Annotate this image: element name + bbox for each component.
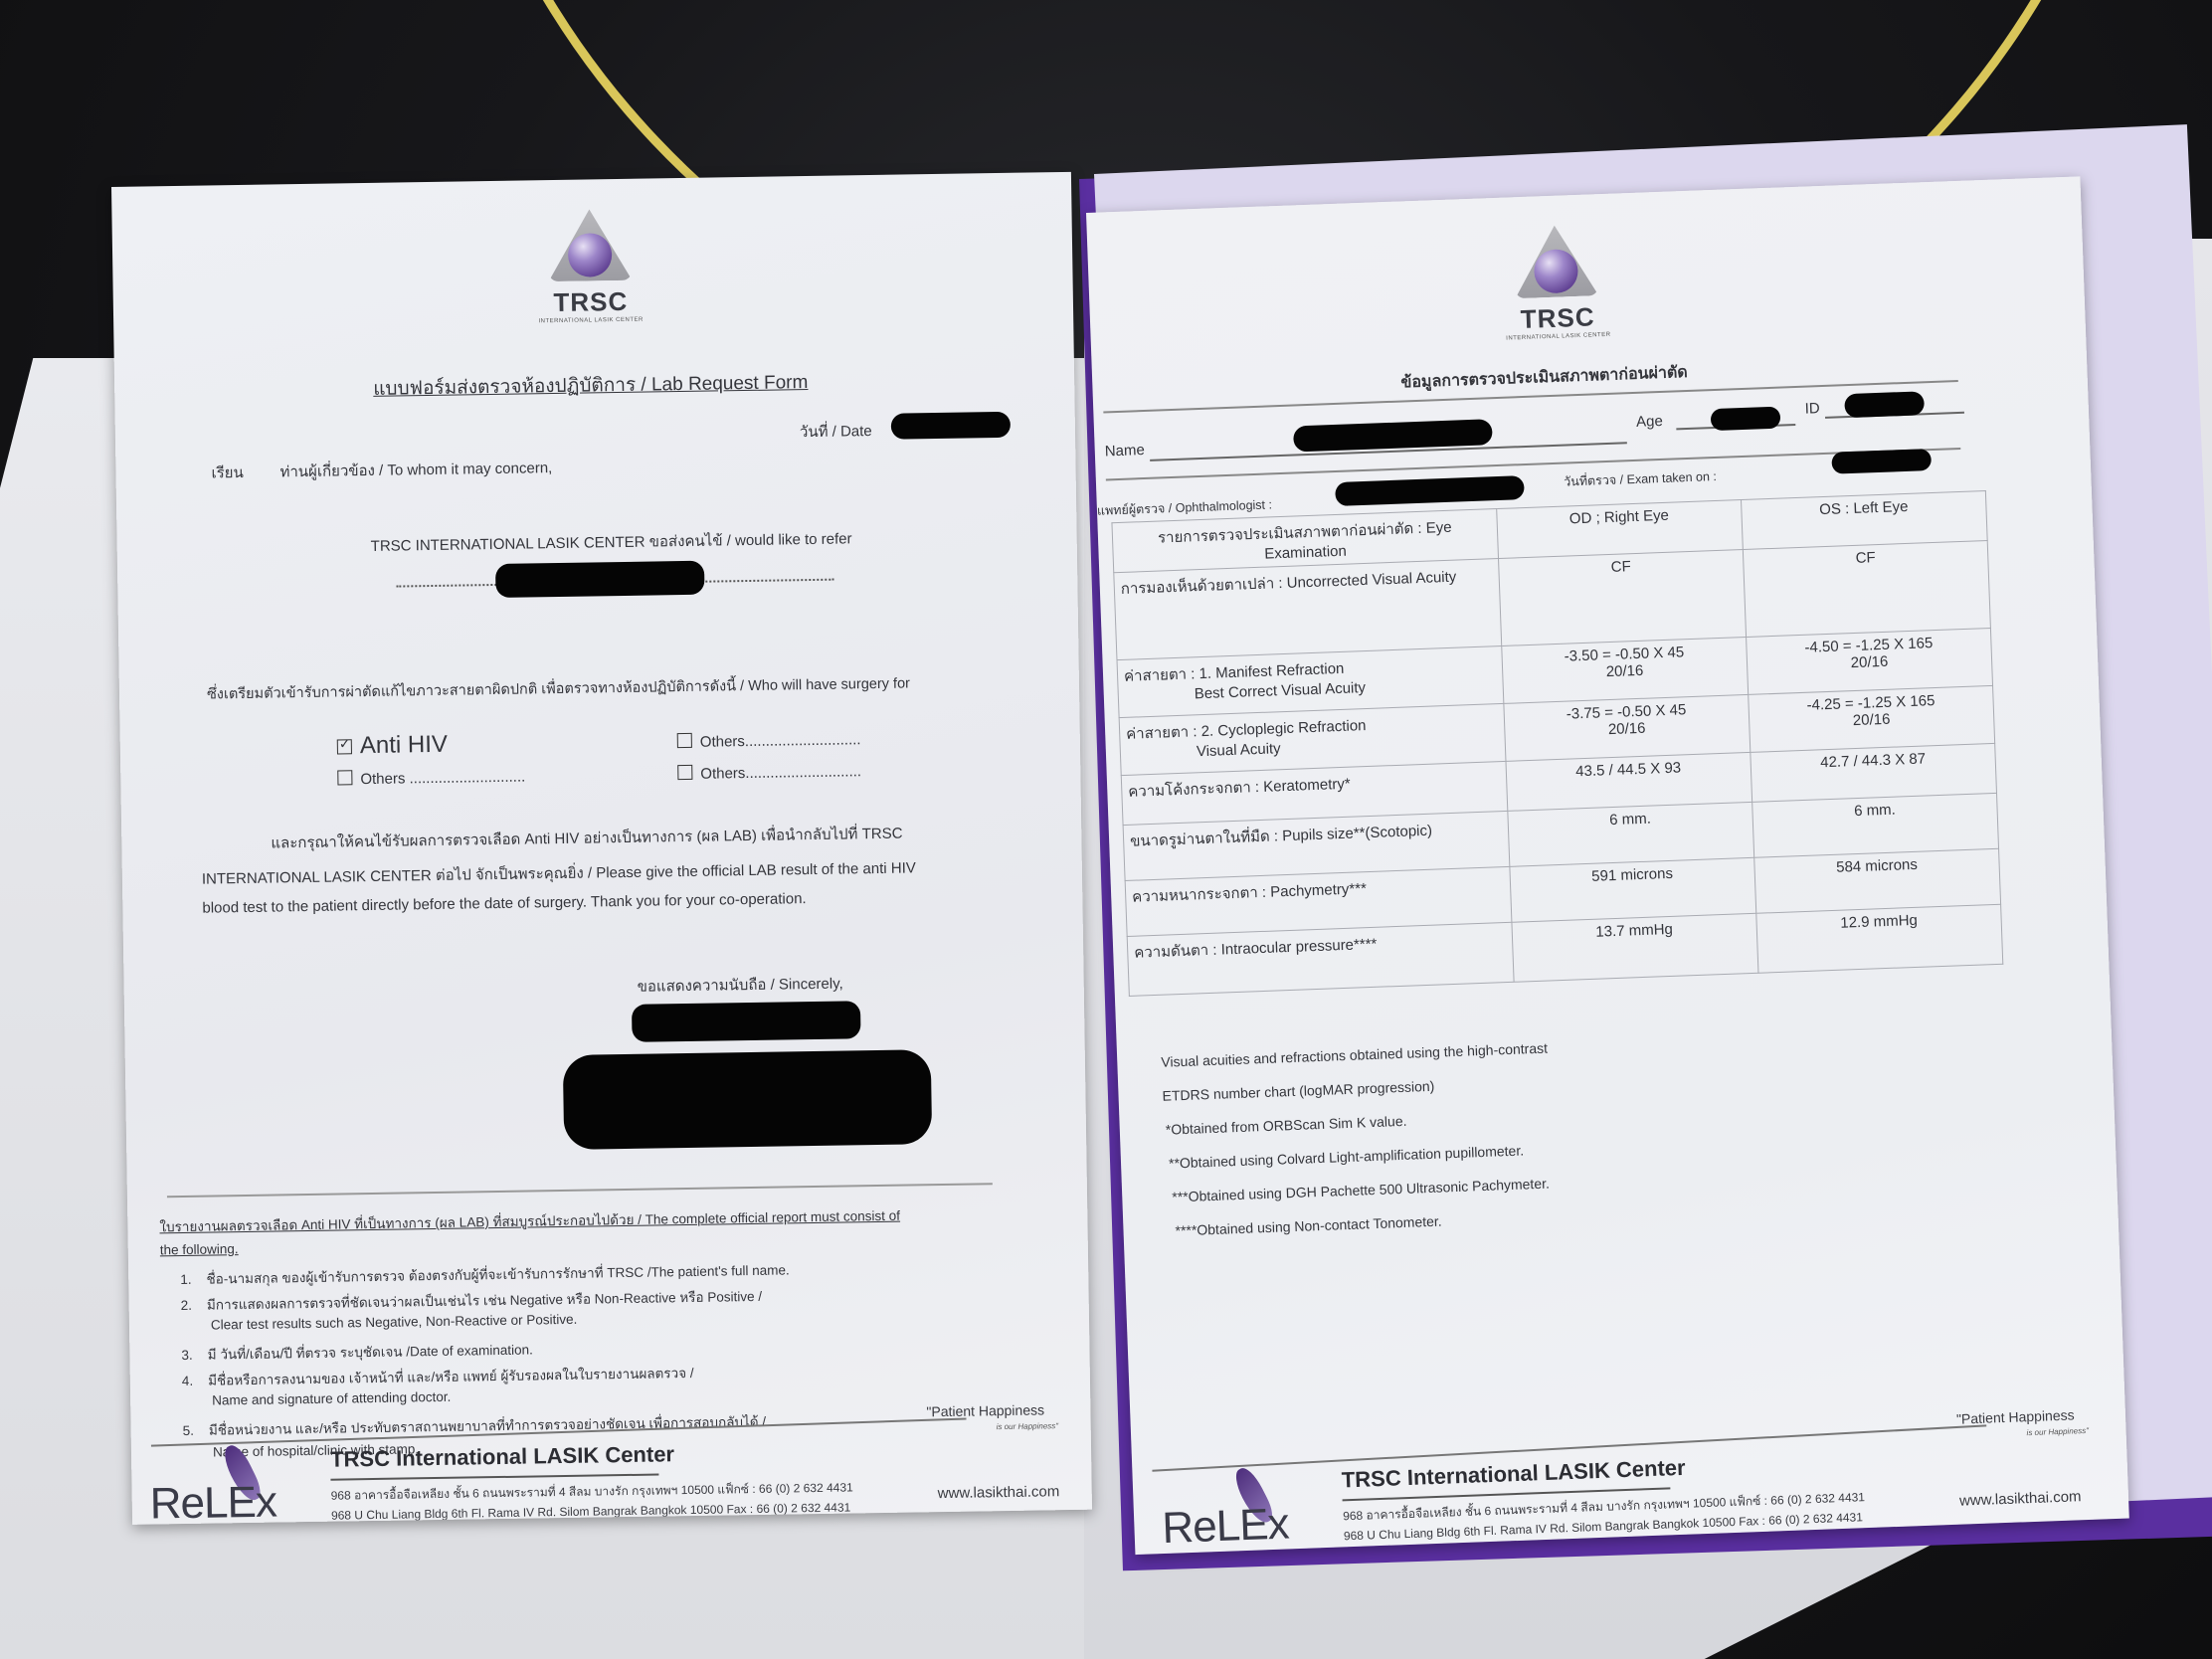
- signature-name-redacted: [632, 1001, 861, 1042]
- request-paragraph-line-3: blood test to the patient directly befor…: [202, 890, 807, 917]
- cell-os-value: 6 mm.: [1752, 793, 1999, 857]
- id-redacted: [1844, 391, 1925, 418]
- cell-od-value: 43.5 / 44.5 X 93: [1506, 752, 1752, 811]
- requirements-heading-cont: the following.: [160, 1241, 239, 1257]
- cell-os-value: -4.25 = -1.25 X 16520/16: [1749, 685, 1995, 752]
- footer-company: TRSC International LASIK Center: [330, 1441, 674, 1472]
- footer-company: TRSC International LASIK Center: [1341, 1455, 1686, 1494]
- salutation-th: เรียน: [211, 461, 244, 485]
- footnote: ***Obtained using DGH Pachette 500 Ultra…: [1172, 1176, 1550, 1205]
- logo-name: TRSC: [521, 285, 660, 318]
- date-redacted: [891, 412, 1011, 440]
- request-paragraph-line-2: INTERNATIONAL LASIK CENTER ต่อไป จักเป็น…: [202, 855, 916, 890]
- requirement-item: 5. มีชื่อหน่วยงาน และ/หรือ ประทับตราสถาน…: [182, 1410, 766, 1441]
- requirement-item: 4. มีชื่อหรือการลงนามของ เจ้าหน้าที่ และ…: [182, 1362, 694, 1391]
- cell-os-value: CF: [1743, 541, 1990, 638]
- cell-od-value: 6 mm.: [1508, 802, 1754, 866]
- trsc-logo-mark-icon: [547, 209, 632, 281]
- exam-title: ข้อมูลการตรวจประเมินสภาพตาก่อนผ่าตัด: [1400, 360, 1688, 396]
- footnote: ****Obtained using Non-contact Tonometer…: [1175, 1213, 1442, 1239]
- cell-os-value: 584 microns: [1754, 848, 2001, 913]
- footer-slogan: "Patient Happiness: [926, 1401, 1044, 1419]
- requirement-item-en: Name and signature of attending doctor.: [212, 1389, 451, 1408]
- footnote: *Obtained from ORBScan Sim K value.: [1166, 1113, 1407, 1138]
- refer-line: TRSC INTERNATIONAL LASIK CENTER ขอส่งคนไ…: [371, 526, 852, 558]
- exam-date-label: วันที่ตรวจ / Exam taken on :: [1564, 466, 1717, 492]
- cell-od-value: 591 microns: [1510, 857, 1756, 922]
- test-option-others-1[interactable]: Others............................: [677, 730, 861, 751]
- id-label: ID: [1804, 400, 1820, 418]
- cell-od-value: -3.75 = -0.50 X 4520/16: [1504, 694, 1751, 761]
- test-option-others-3[interactable]: Others............................: [677, 762, 861, 783]
- checkbox-icon[interactable]: [677, 733, 692, 748]
- footnote: **Obtained using Colvard Light-amplifica…: [1169, 1143, 1525, 1172]
- checkbox-icon[interactable]: [677, 765, 692, 780]
- trsc-logo: TRSC INTERNATIONAL LASIK CENTER: [1485, 223, 1628, 342]
- eye-exam-sheet: TRSC INTERNATIONAL LASIK CENTER ข้อมูลกา…: [1086, 176, 2129, 1555]
- eye-exam-table: รายการตรวจประเมินสภาพตาก่อนผ่าตัด : Eye …: [1111, 490, 2003, 997]
- date-label: วันที่ / Date: [800, 419, 872, 444]
- checkbox-icon[interactable]: [337, 770, 352, 785]
- footer-website[interactable]: www.lasikthai.com: [1959, 1488, 2082, 1509]
- cell-os-value: 12.9 mmHg: [1756, 904, 2003, 973]
- signature-redacted: [563, 1049, 932, 1150]
- requirements-heading: ใบรายงานผลตรวจเลือด Anti HIV ที่เป็นทางก…: [159, 1204, 900, 1238]
- salutation: ท่านผู้เกี่ยวข้อง / To whom it may conce…: [279, 456, 552, 483]
- ophthalmologist-redacted: [1335, 475, 1525, 506]
- footer-slogan-sub: is our Happiness": [2026, 1426, 2089, 1437]
- requirement-item-en: Clear test results such as Negative, Non…: [211, 1312, 578, 1333]
- footer-website[interactable]: www.lasikthai.com: [938, 1483, 1060, 1502]
- lab-request-form-sheet: TRSC INTERNATIONAL LASIK CENTER แบบฟอร์ม…: [111, 172, 1092, 1525]
- requirement-item: 2. มีการแสดงผลการตรวจที่ชัดเจนว่าผลเป็นเ…: [180, 1285, 762, 1316]
- exam-date-redacted: [1831, 449, 1932, 474]
- requirement-item: 3. มี วันที่/เดือน/ปี ที่ตรวจ ระบุชัดเจน…: [181, 1338, 533, 1366]
- logo-tagline: INTERNATIONAL LASIK CENTER: [521, 316, 660, 324]
- footnote: ETDRS number chart (logMAR progression): [1162, 1078, 1434, 1104]
- age-redacted: [1711, 407, 1781, 432]
- relex-logo: ReLEx: [149, 1478, 276, 1525]
- trsc-logo: TRSC INTERNATIONAL LASIK CENTER: [519, 208, 660, 324]
- col-header-od: OD ; Right Eye: [1496, 500, 1743, 559]
- form-title: แบบฟอร์มส่งตรวจห้องปฏิบัติการ / Lab Requ…: [373, 367, 809, 404]
- closing: ขอแสดงความนับถือ / Sincerely,: [638, 972, 843, 999]
- cell-os-value: 42.7 / 44.3 X 87: [1751, 743, 1997, 802]
- checkbox-checked-icon[interactable]: [337, 739, 352, 754]
- relex-logo: ReLEx: [1162, 1499, 1290, 1554]
- footer-slogan: "Patient Happiness: [1956, 1406, 2075, 1426]
- cell-exam-item: ความดันตา : Intraocular pressure****: [1127, 922, 1514, 996]
- divider: [167, 1183, 993, 1198]
- test-option-anti-hiv[interactable]: Anti HIV: [337, 731, 448, 761]
- footnote: Visual acuities and refractions obtained…: [1161, 1040, 1548, 1070]
- cell-od-value: -3.50 = -0.50 X 4520/16: [1501, 637, 1748, 703]
- cell-os-value: -4.50 = -1.25 X 16520/16: [1746, 628, 1992, 694]
- age-label: Age: [1636, 413, 1663, 431]
- col-header-os: OS : Left Eye: [1741, 491, 1987, 550]
- trsc-logo-mark-icon: [1513, 224, 1599, 298]
- cell-od-value: 13.7 mmHg: [1512, 913, 1758, 982]
- test-option-others-2[interactable]: Others ............................: [337, 768, 525, 789]
- name-label: Name: [1104, 442, 1145, 460]
- cell-exam-item: การมองเห็นด้วยตาเปล่า : Uncorrected Visu…: [1114, 559, 1502, 660]
- cell-od-value: CF: [1498, 550, 1746, 646]
- surgery-line: ซึ่งเตรียมตัวเข้ารับการผ่าตัดแก้ไขภาวะสา…: [207, 671, 910, 705]
- patient-name-redacted: [495, 561, 705, 598]
- footer-slogan-sub: is our Happiness": [997, 1421, 1059, 1431]
- footer-company-underline: [330, 1474, 658, 1481]
- logo-name: TRSC: [1488, 300, 1628, 336]
- request-paragraph-line-1: และกรุณาให้คนไข้รับผลการตรวจเลือด Anti H…: [271, 822, 902, 855]
